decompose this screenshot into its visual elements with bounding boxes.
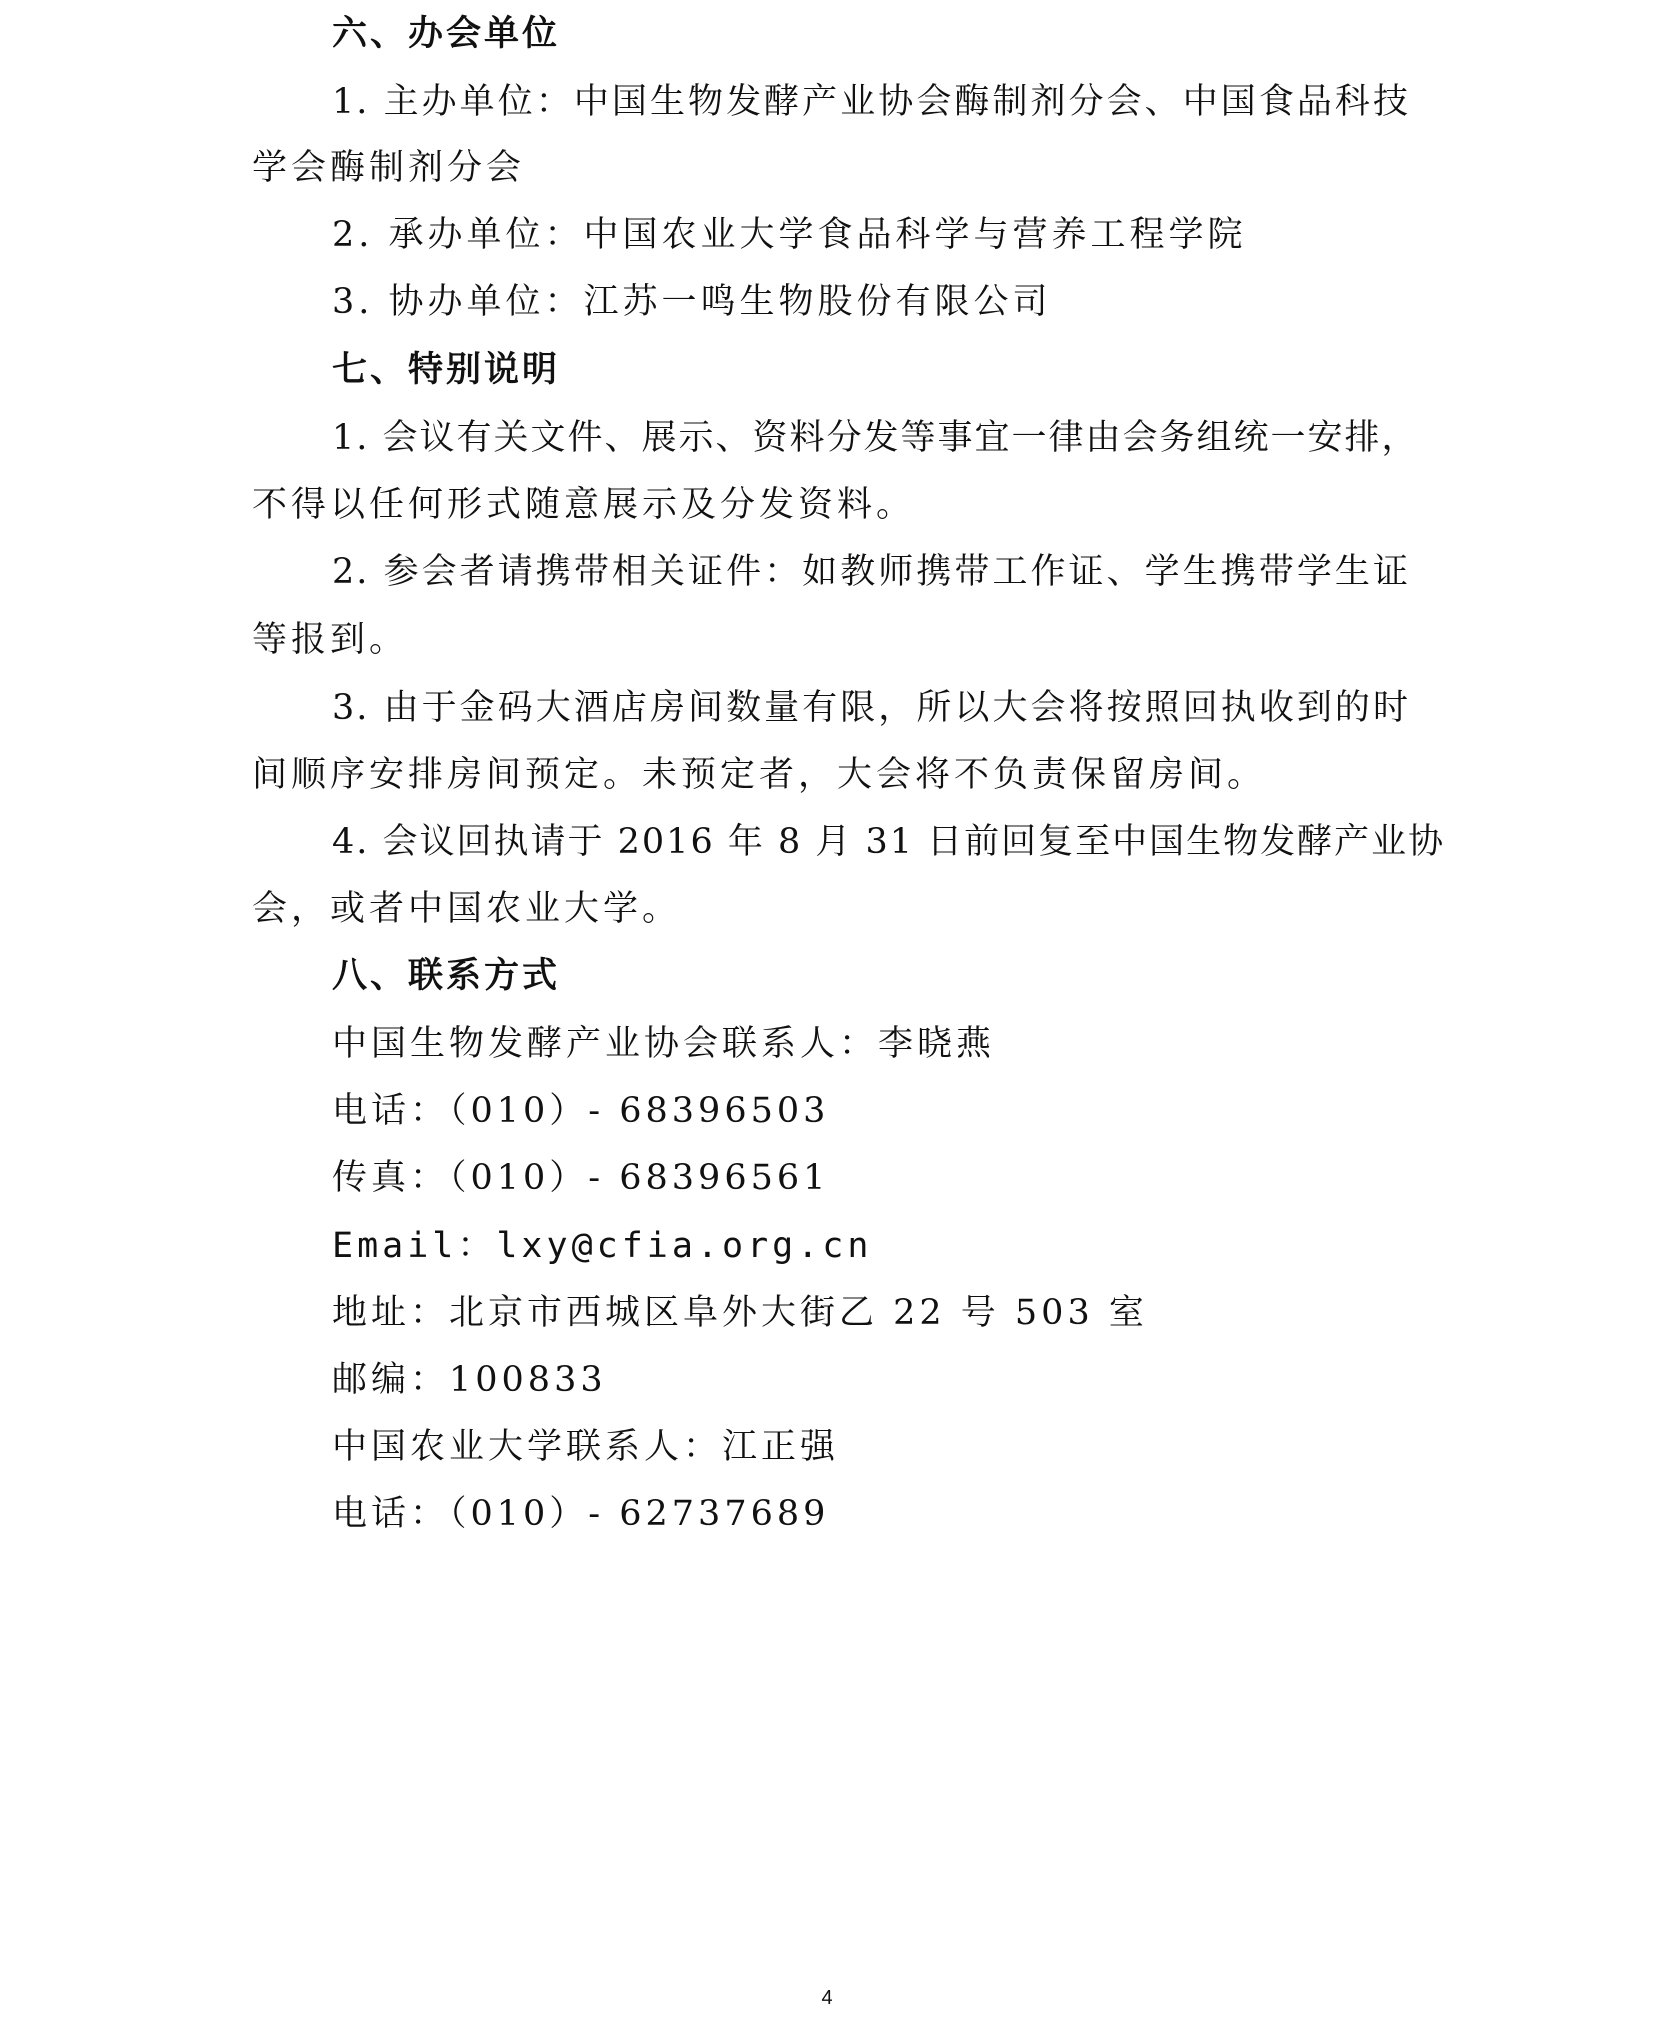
note-4-line-2: 会，或者中国农业大学。 — [252, 887, 1412, 931]
contact-cfia-postcode: 邮编：100833 — [332, 1358, 1492, 1402]
page-number: 4 — [0, 1986, 1654, 2010]
contact-cfia-person: 中国生物发酵产业协会联系人：李晓燕 — [332, 1022, 1492, 1066]
organizer-undertaker-line: 2. 承办单位：中国农业大学食品科学与营养工程学院 — [332, 213, 1492, 257]
document-page: 六、办会单位 1. 主办单位：中国生物发酵产业协会酶制剂分会、中国食品科技 学会… — [0, 0, 1654, 2017]
note-1-line-2: 不得以任何形式随意展示及分发资料。 — [252, 483, 1412, 527]
contact-cfia-phone: 电话：（010）- 68396503 — [332, 1089, 1492, 1133]
contact-cfia-fax: 传真：（010）- 68396561 — [332, 1156, 1492, 1200]
note-2-line-2: 等报到。 — [252, 618, 1412, 662]
organizer-coorganizer-line: 3. 协办单位：江苏一鸣生物股份有限公司 — [332, 280, 1492, 324]
note-4-line-1: 4. 会议回执请于 2016 年 8 月 31 日前回复至中国生物发酵产业协 — [332, 820, 1410, 864]
contact-cau-person: 中国农业大学联系人：江正强 — [332, 1425, 1492, 1469]
contact-cfia-address: 地址：北京市西城区阜外大街乙 22 号 503 室 — [332, 1291, 1492, 1335]
note-3-line-2: 间顺序安排房间预定。未预定者，大会将不负责保留房间。 — [252, 753, 1412, 797]
organizer-host-line-1: 1. 主办单位：中国生物发酵产业协会酶制剂分会、中国食品科技 — [332, 80, 1410, 124]
section-heading-organizers: 六、办会单位 — [332, 12, 1492, 56]
note-3-line-1: 3. 由于金码大酒店房间数量有限，所以大会将按照回执收到的时 — [332, 686, 1410, 730]
contact-cfia-email: Email：lxy@cfia.org.cn — [332, 1224, 1492, 1268]
organizer-host-line-2: 学会酶制剂分会 — [252, 146, 1412, 190]
section-heading-special-notes: 七、特别说明 — [332, 348, 1492, 392]
note-1-line-1: 1. 会议有关文件、展示、资料分发等事宜一律由会务组统一安排， — [332, 416, 1410, 460]
contact-cau-phone: 电话：（010）- 62737689 — [332, 1492, 1492, 1536]
section-heading-contact: 八、联系方式 — [332, 954, 1492, 998]
note-2-line-1: 2. 参会者请携带相关证件：如教师携带工作证、学生携带学生证 — [332, 550, 1410, 594]
